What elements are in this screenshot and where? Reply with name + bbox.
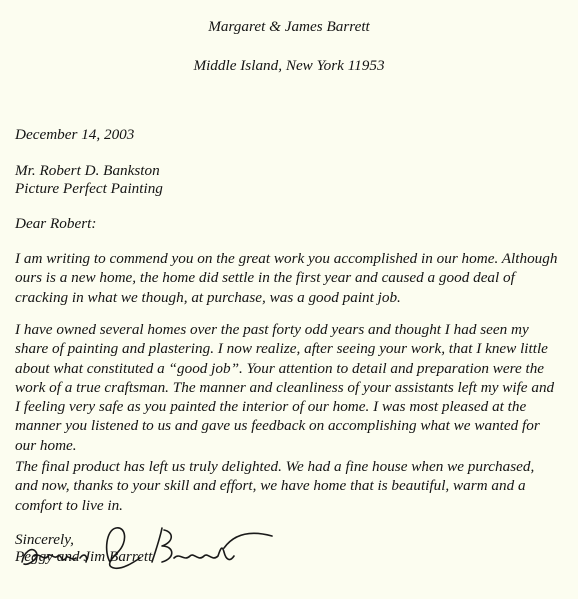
paragraph-line: about what constituted a “good job”. You… (15, 359, 575, 378)
paragraph-line: and now, thanks to your skill and effort… (15, 476, 575, 495)
paragraph-2: I have owned several homes over the past… (15, 320, 575, 455)
paragraph-line: ours is a new home, the home did settle … (15, 268, 575, 287)
letterhead-names: Margaret & James Barrett (0, 17, 578, 36)
letter-date: December 14, 2003 (15, 125, 134, 144)
paragraph-line: manner you listened to us and gave us fe… (15, 416, 575, 435)
paragraph-line: The final product has left us truly deli… (15, 457, 575, 476)
paragraph-line: I have owned several homes over the past… (15, 320, 575, 339)
paragraph-3: The final product has left us truly deli… (15, 457, 575, 515)
paragraph-line: comfort to live in. (15, 496, 575, 515)
recipient-company: Picture Perfect Painting (15, 179, 163, 198)
signers-name: Peggy and Jim Barrett (15, 547, 152, 566)
paragraph-line: cracking in what we though, at purchase,… (15, 288, 575, 307)
salutation: Dear Robert: (15, 214, 96, 233)
letterhead-address: Middle Island, New York 11953 (0, 56, 578, 75)
paragraph-1: I am writing to commend you on the great… (15, 249, 575, 307)
paragraph-line: share of painting and plastering. I now … (15, 339, 575, 358)
paragraph-line: I am writing to commend you on the great… (15, 249, 575, 268)
paragraph-line: I feeling very safe as you painted the i… (15, 397, 575, 416)
recipient-name: Mr. Robert D. Bankston (15, 161, 160, 180)
paragraph-line: work of a true craftsman. The manner and… (15, 378, 575, 397)
paragraph-line: our home. (15, 436, 575, 455)
